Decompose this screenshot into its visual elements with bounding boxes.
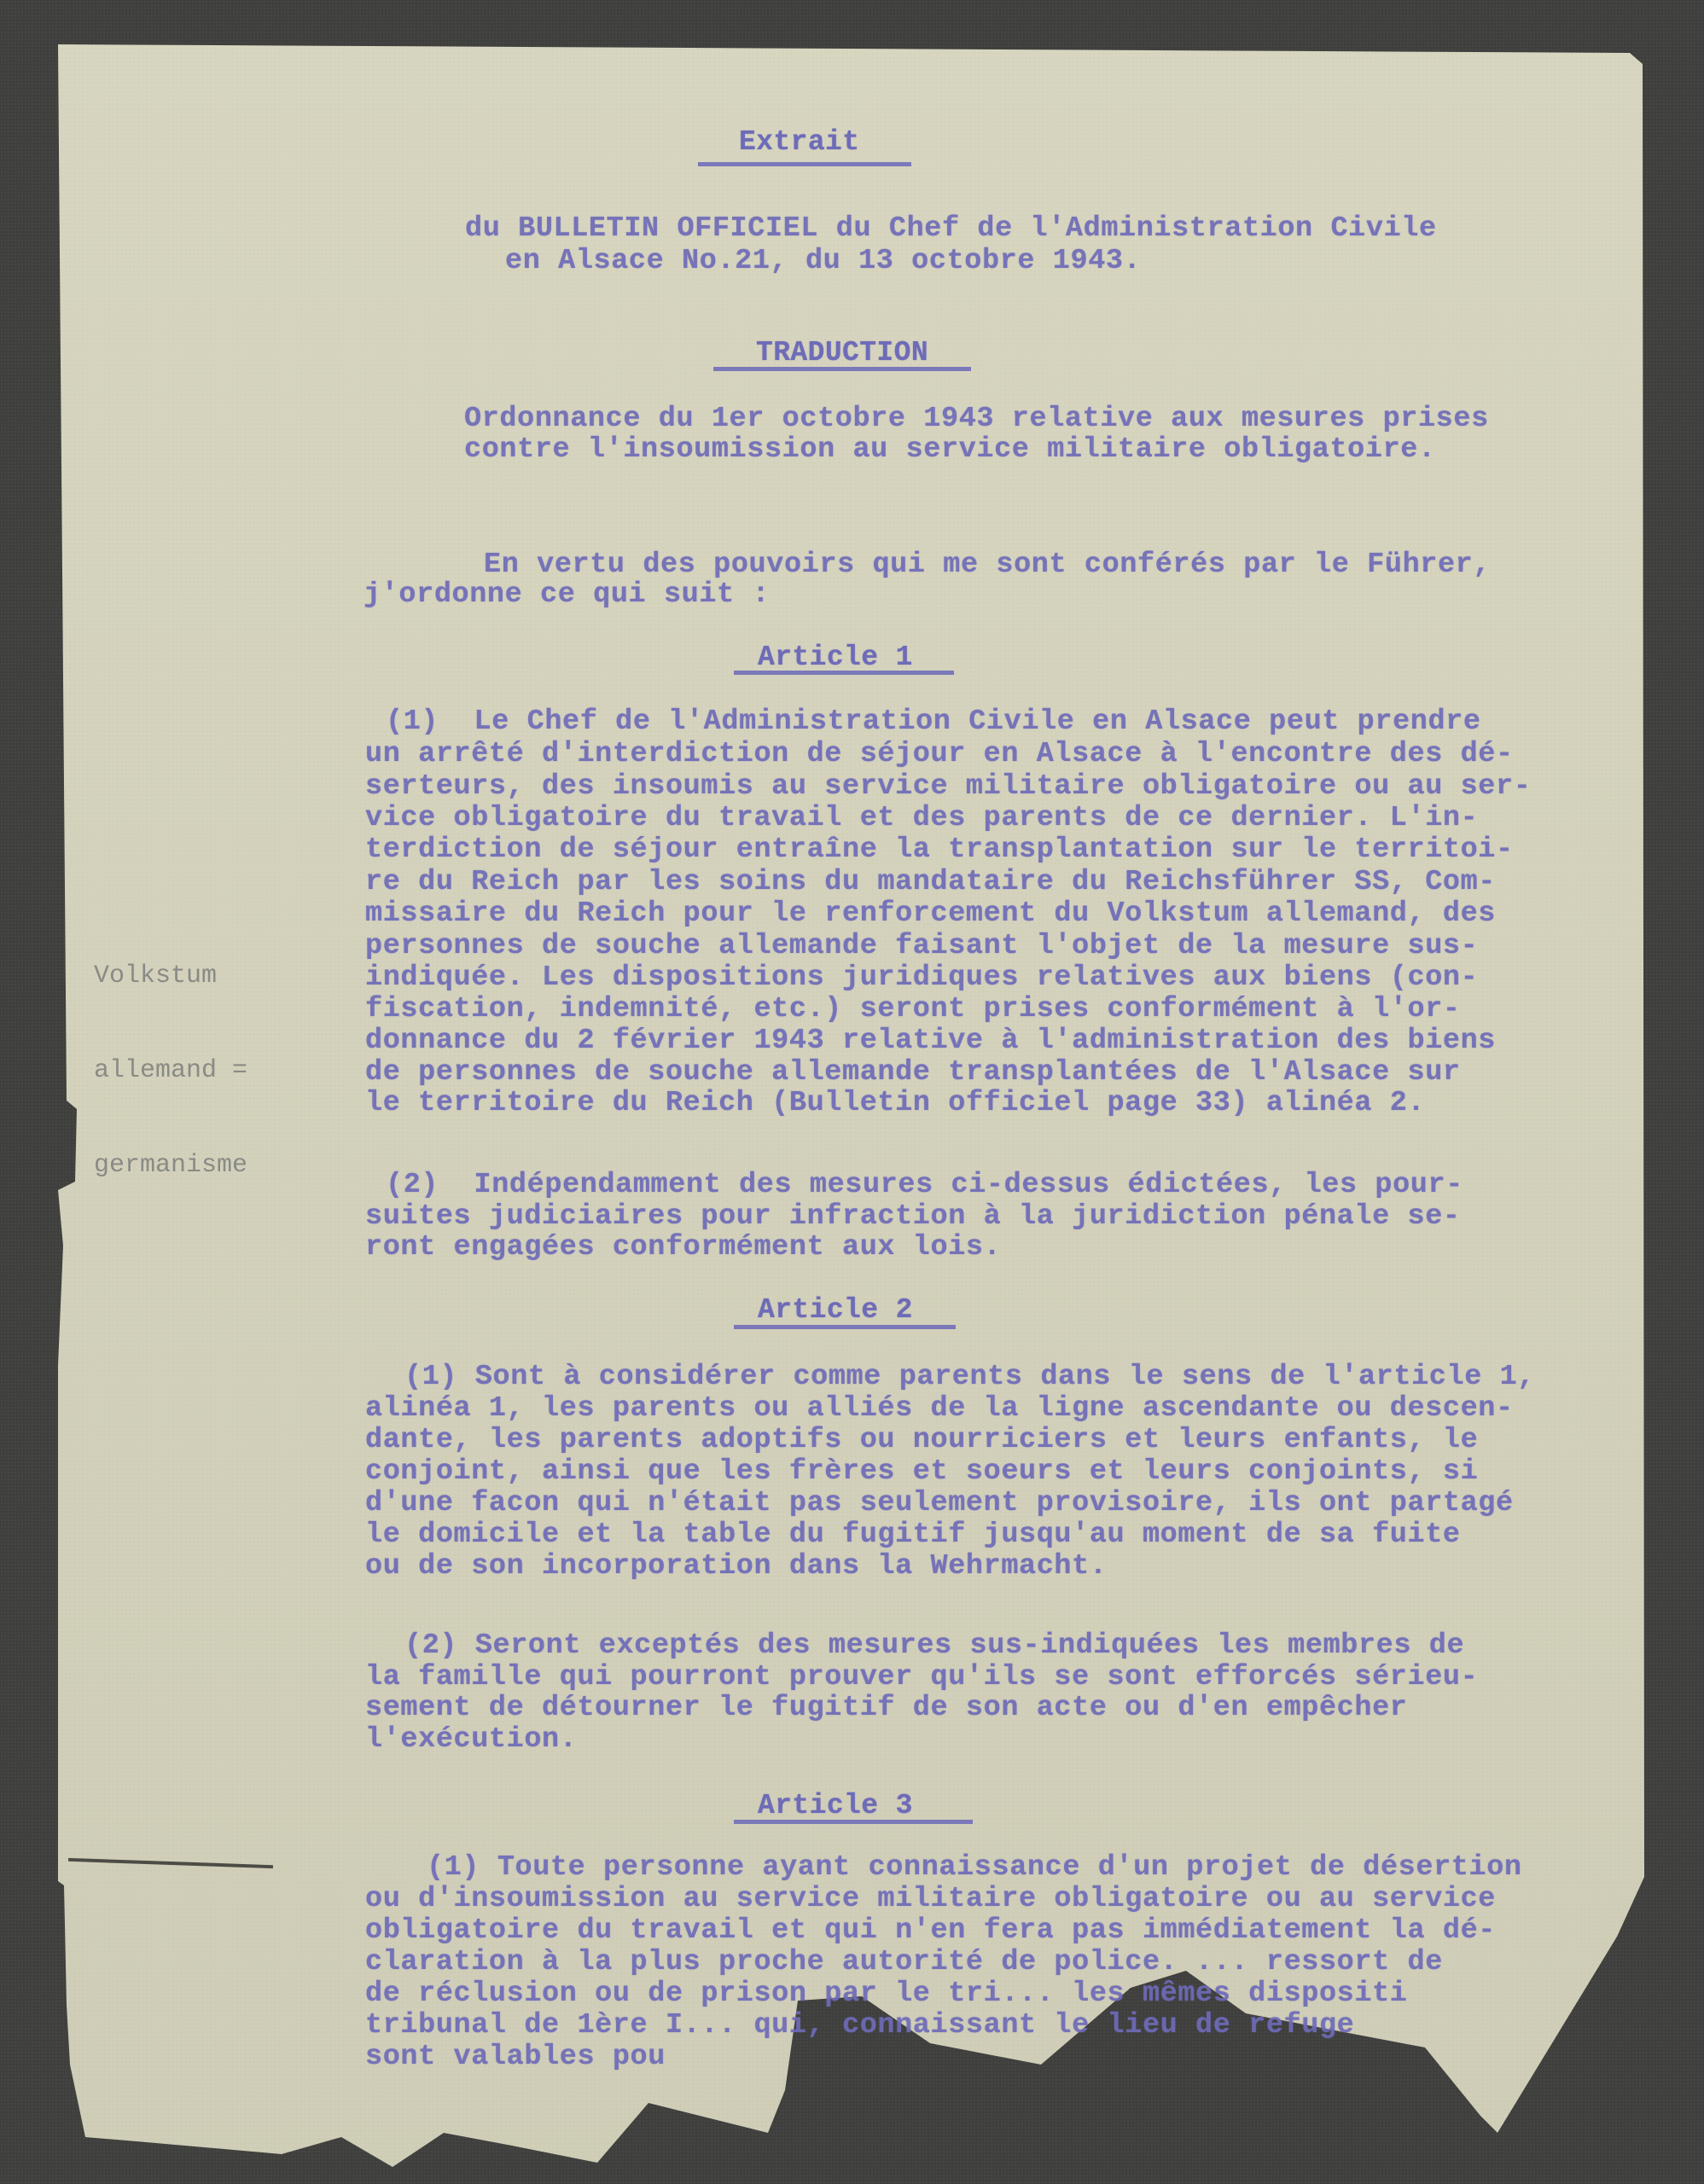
article-3-heading: Article 3 [758, 1790, 913, 1821]
text-line: terdiction de séjour entraîne la transpl… [365, 834, 1514, 866]
text-line: missaire du Reich pour le renforcement d… [365, 897, 1496, 930]
article-2-heading: Article 2 [758, 1294, 913, 1326]
text-line: ou d'insoumission au service militaire o… [365, 1883, 1496, 1915]
text-line: (1) Sont à considérer comme parents dans… [404, 1361, 1535, 1393]
text-line: d'une facon qui n'était pas seulement pr… [365, 1487, 1514, 1519]
margin-note-line: germanisme [94, 1150, 247, 1182]
text-line: le territoire du Reich (Bulletin officie… [365, 1087, 1425, 1119]
text-line: la famille qui pourront prouver qu'ils s… [365, 1661, 1478, 1693]
text-line: de réclusion ou de prison par le tri... … [365, 1978, 1408, 2010]
subtitle-line-2: en Alsace No.21, du 13 octobre 1943. [505, 245, 1141, 277]
preamble-line-1: En vertu des pouvoirs qui me sont confér… [484, 549, 1491, 581]
text-line: alinéa 1, les parents ou alliés de la li… [365, 1392, 1514, 1425]
text-line: fiscation, indemnité, etc.) seront prise… [365, 993, 1461, 1025]
text-line: sement de détourner le fugitif de son ac… [365, 1692, 1408, 1724]
text-line: (1) Toute personne ayant connaissance d'… [427, 1851, 1522, 1884]
document-title: Extrait [739, 126, 859, 158]
text-line: dante, les parents adoptifs ou nourricie… [365, 1424, 1478, 1456]
text-line: le domicile et la table du fugitif jusqu… [365, 1519, 1461, 1551]
text-line: indiquée. Les dispositions juridiques re… [365, 961, 1478, 994]
text-line: ou de son incorporation dans la Wehrmach… [365, 1550, 1108, 1583]
margin-note: Volkstum allemand = germanisme [94, 897, 247, 1213]
text-line: vice obligatoire du travail et des paren… [365, 802, 1478, 834]
text-line: un arrêté d'interdiction de séjour en Al… [365, 738, 1514, 770]
ordinance-line-1: Ordonnance du 1er octobre 1943 relative … [464, 403, 1489, 435]
text-line: (2) Seront exceptés des mesures sus-indi… [404, 1629, 1464, 1662]
subtitle-line-1: du BULLETIN OFFICIEL du Chef de l'Admini… [465, 212, 1437, 245]
article-3-underline [734, 1820, 973, 1824]
text-line: ront engagées conformément aux lois. [365, 1231, 1001, 1263]
text-line: claration à la plus proche autorité de p… [365, 1946, 1443, 1978]
text-line: conjoint, ainsi que les frères et soeurs… [365, 1455, 1478, 1488]
text-line: (2) Indépendamment des mesures ci-dessus… [386, 1169, 1463, 1201]
text-line: (1) Le Chef de l'Administration Civile e… [386, 706, 1481, 738]
text-line: personnes de souche allemande faisant l'… [365, 930, 1478, 962]
text-line: l'exécution. [365, 1723, 577, 1756]
preamble-line-2: j'ordonne ce qui suit : [363, 578, 770, 611]
text-line: sont valables pou [365, 2041, 666, 2073]
ordinance-line-2: contre l'insoumission au service militai… [464, 433, 1436, 466]
text-line: serteurs, des insoumis au service milita… [365, 770, 1531, 803]
section-label-traduction: TRADUCTION [756, 337, 928, 369]
text-line: re du Reich par les soins du mandataire … [365, 866, 1496, 898]
traduction-underline [713, 367, 971, 371]
article-2-underline [734, 1325, 956, 1329]
title-underline [698, 162, 911, 166]
text-line: suites judiciaires pour infraction à la … [365, 1200, 1461, 1233]
margin-note-line: Volkstum [94, 961, 247, 992]
text-line: tribunal de 1ère I... qui, connaissant l… [365, 2009, 1354, 2042]
article-1-underline [734, 671, 954, 675]
margin-note-line: allemand = [94, 1055, 247, 1087]
text-line: de personnes de souche allemande transpl… [365, 1056, 1461, 1089]
text-line: obligatoire du travail et qui n'en fera … [365, 1914, 1496, 1947]
text-line: donnance du 2 février 1943 relative à l'… [365, 1025, 1496, 1057]
article-1-heading: Article 1 [758, 642, 913, 673]
